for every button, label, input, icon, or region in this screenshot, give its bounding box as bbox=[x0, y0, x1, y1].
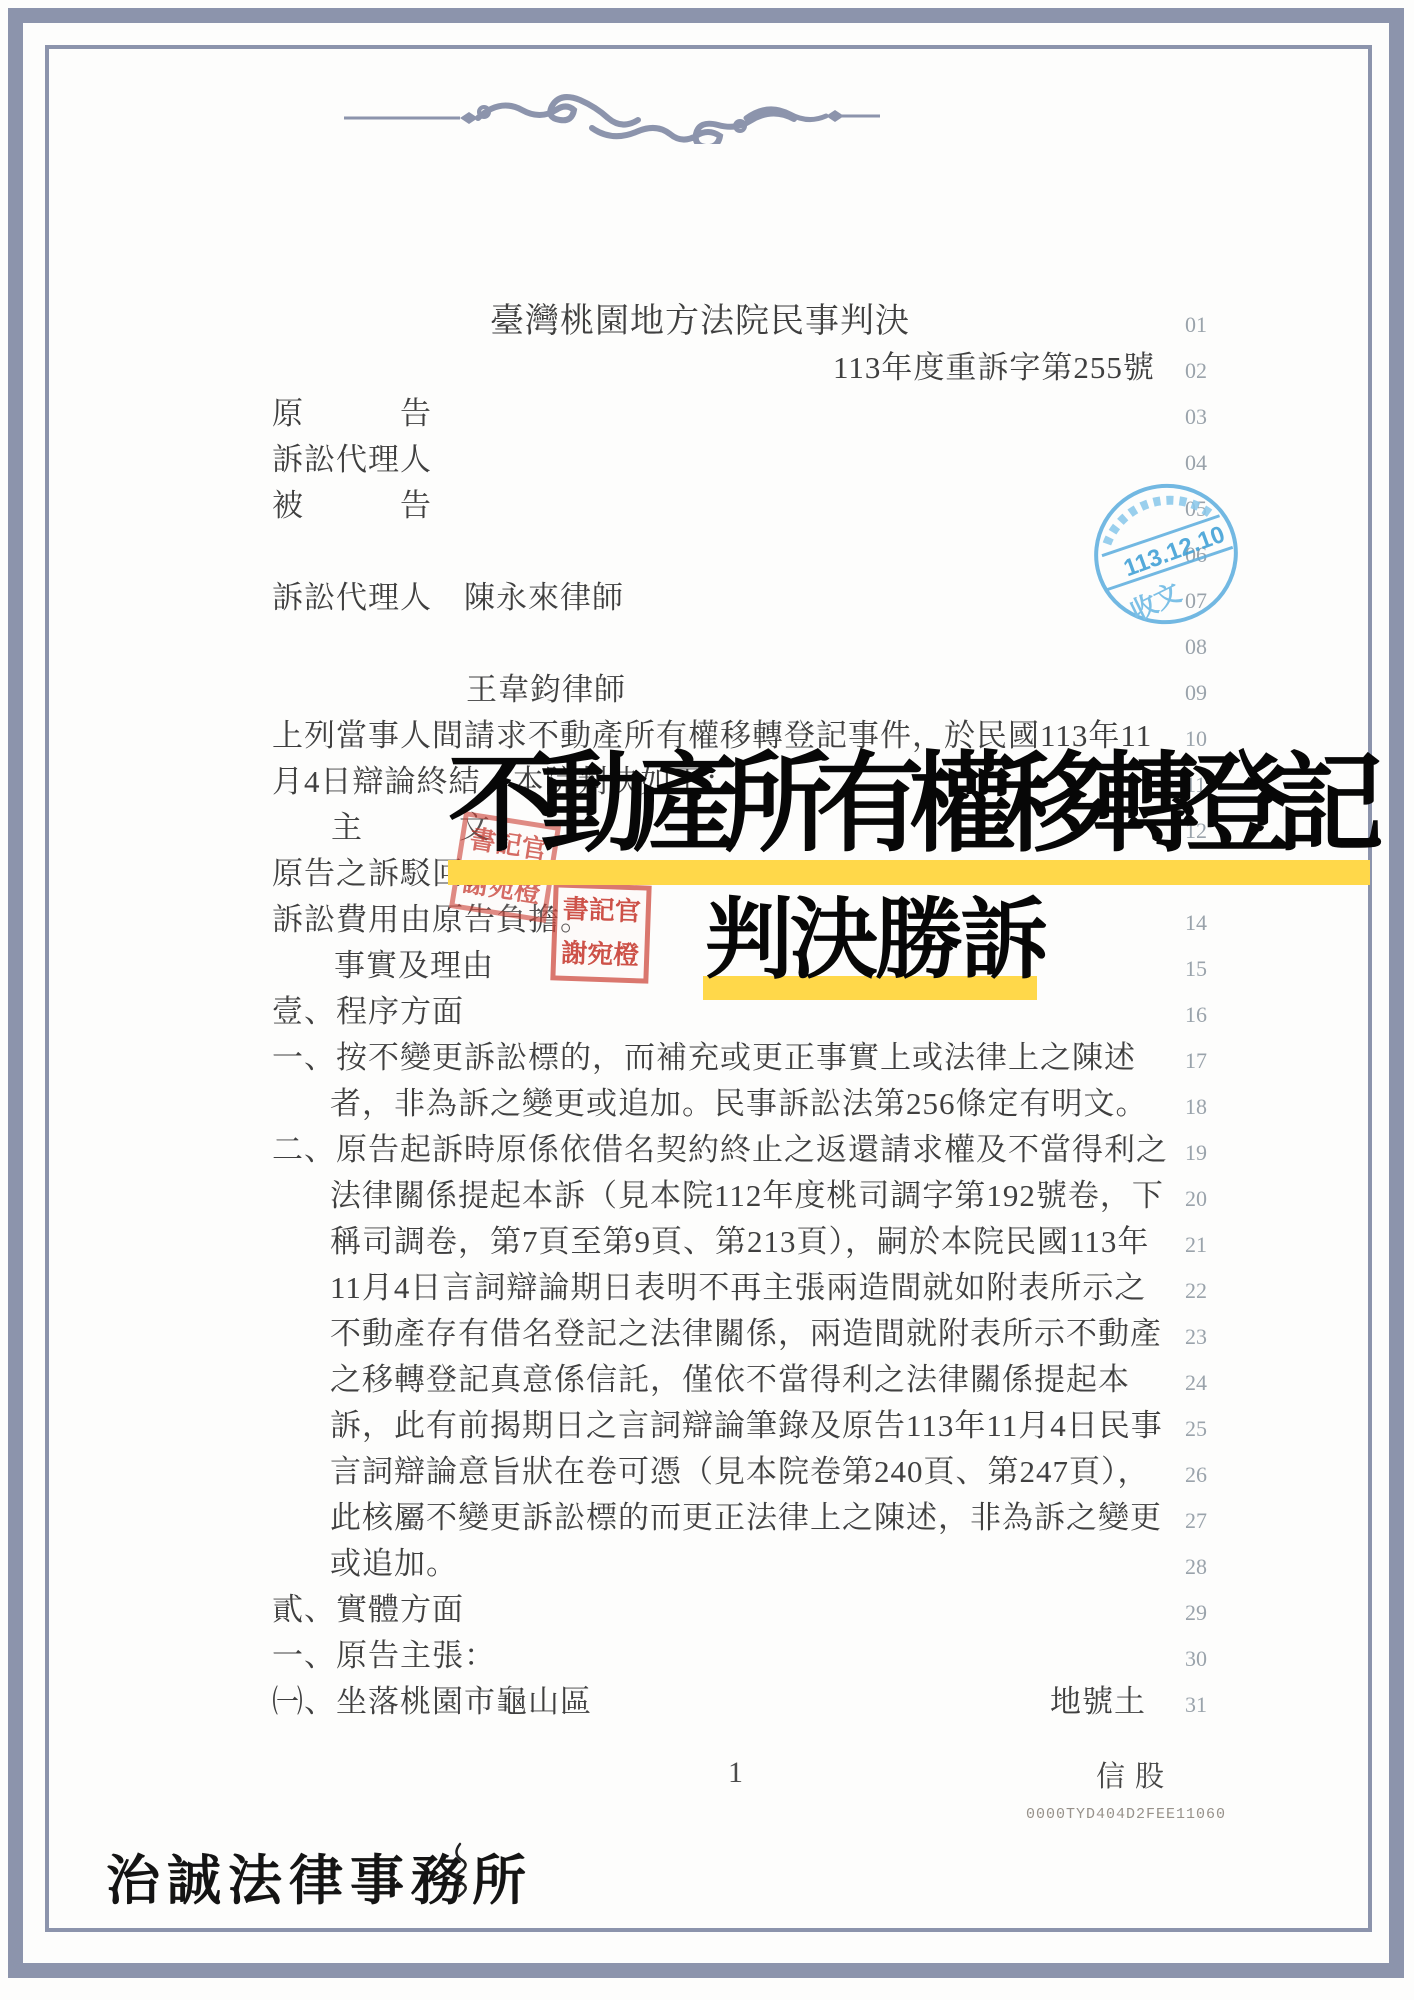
clerk-seal-title: 書記官 bbox=[557, 896, 646, 925]
doc-line: 壹、程序方面 bbox=[272, 994, 464, 1030]
doc-line: 原 告 bbox=[272, 396, 432, 432]
doc-line: 此核屬不變更訴訟標的而更正法律上之陳述，非為訴之變更 bbox=[330, 1500, 1162, 1536]
line-number: 21 bbox=[1185, 1232, 1207, 1258]
line-number: 24 bbox=[1185, 1370, 1207, 1396]
doc-line: 臺灣桃園地方法院民事判決 bbox=[490, 304, 910, 340]
doc-line: 言詞辯論意旨狀在卷可憑（見本院卷第240頁、第247頁）， bbox=[330, 1454, 1150, 1490]
judgment-page: 臺灣桃園地方法院民事判決01113年度重訴字第255號02原 告03訴訟代理人0… bbox=[0, 0, 1414, 2000]
document-code: 0000TYD404D2FEE11060 bbox=[1026, 1806, 1226, 1823]
line-number: 08 bbox=[1185, 634, 1207, 660]
doc-line: 一、原告主張： bbox=[272, 1638, 496, 1674]
line-number: 29 bbox=[1185, 1600, 1207, 1626]
doc-line: 之移轉登記真意係信託，僅依不當得利之法律關係提起本 bbox=[330, 1362, 1130, 1398]
doc-line: 被 告 bbox=[272, 488, 432, 524]
doc-line: 貳、實體方面 bbox=[272, 1592, 464, 1628]
court-received-stamp-icon: 113.12.10 收文 bbox=[1073, 462, 1260, 646]
clerk-seal-name: 謝宛橙 bbox=[556, 940, 645, 969]
line-number: 31 bbox=[1185, 1692, 1207, 1718]
doc-line: 者，非為訴之變更或追加。民事訴訟法第256條定有明文。 bbox=[330, 1086, 1148, 1122]
doc-line: 11月4日言詞辯論期日表明不再主張兩造間就如附表所示之 bbox=[330, 1270, 1146, 1306]
watermark-flourish-icon bbox=[446, 1840, 472, 1900]
doc-line: 法律關係提起本訴（見本院112年度桃司調字第192號卷，下 bbox=[330, 1178, 1164, 1214]
doc-line-right: 地號土 bbox=[1050, 1684, 1146, 1720]
doc-line: 113年度重訴字第255號 bbox=[833, 350, 1155, 386]
doc-line: 二、原告起訴時原係依借名契約終止之返還請求權及不當得利之 bbox=[272, 1132, 1168, 1168]
doc-line: 王韋鈞律師 bbox=[466, 672, 626, 708]
headline-overlay-line1: 不動產所有權移轉登記 bbox=[448, 750, 1368, 858]
line-number: 23 bbox=[1185, 1324, 1207, 1350]
doc-line: 訴訟代理人 陳永來律師 bbox=[272, 580, 624, 616]
line-number: 26 bbox=[1185, 1462, 1207, 1488]
line-number: 01 bbox=[1185, 312, 1207, 338]
doc-line: 不動產存有借名登記之法律關係，兩造間就附表所示不動產 bbox=[330, 1316, 1162, 1352]
line-number: 19 bbox=[1185, 1140, 1207, 1166]
line-number: 16 bbox=[1185, 1002, 1207, 1028]
doc-line: 稱司調卷，第7頁至第9頁、第213頁），嗣於本院民國113年 bbox=[330, 1224, 1149, 1260]
page-number: 1 bbox=[728, 1756, 743, 1790]
line-number: 15 bbox=[1185, 956, 1207, 982]
line-number: 25 bbox=[1185, 1416, 1207, 1442]
line-number: 22 bbox=[1185, 1278, 1207, 1304]
doc-line: 訴訟代理人 bbox=[272, 442, 432, 478]
doc-line: 訴，此有前揭期日之言詞辯論筆錄及原告113年11月4日民事 bbox=[330, 1408, 1163, 1444]
clerk-unit-label: 信股 bbox=[1096, 1754, 1174, 1795]
clerk-seal-stamp-icon: 書記官 謝宛橙 bbox=[550, 882, 651, 983]
line-number: 14 bbox=[1185, 910, 1207, 936]
line-number: 28 bbox=[1185, 1554, 1207, 1580]
line-number: 30 bbox=[1185, 1646, 1207, 1672]
line-number: 18 bbox=[1185, 1094, 1207, 1120]
line-number: 20 bbox=[1185, 1186, 1207, 1212]
line-number: 03 bbox=[1185, 404, 1207, 430]
line-number: 09 bbox=[1185, 680, 1207, 706]
doc-line: 一、按不變更訴訟標的，而補充或更正事實上或法律上之陳述 bbox=[272, 1040, 1136, 1076]
line-number: 17 bbox=[1185, 1048, 1207, 1074]
doc-line: 或追加。 bbox=[330, 1546, 458, 1582]
line-number: 02 bbox=[1185, 358, 1207, 384]
headline-overlay-line2: 判決勝訴 bbox=[705, 896, 1045, 984]
doc-line: ㈠、坐落桃園市龜山區 bbox=[272, 1684, 592, 1720]
flourish-divider-icon bbox=[342, 92, 882, 144]
line-number: 27 bbox=[1185, 1508, 1207, 1534]
doc-line: 事實及理由 bbox=[334, 948, 494, 984]
